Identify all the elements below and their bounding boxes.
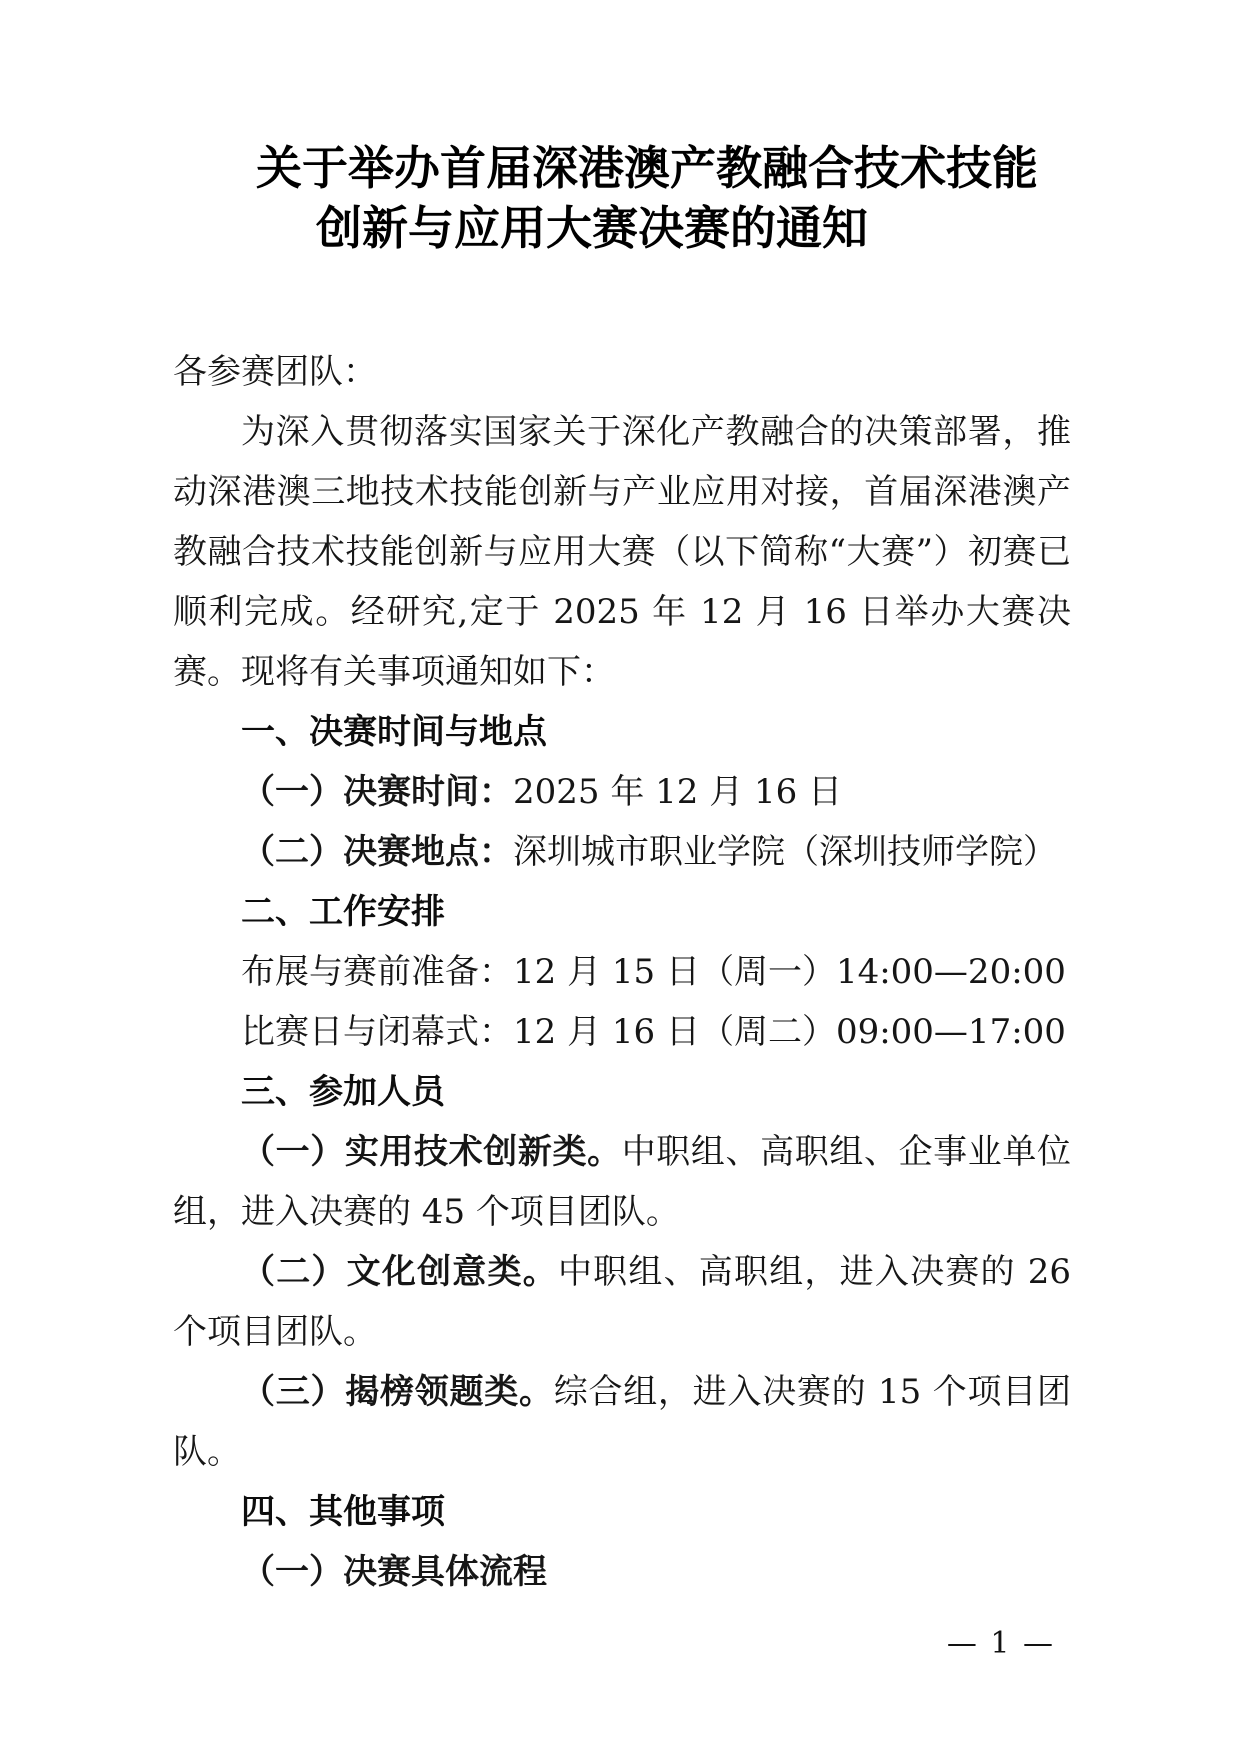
category-challenge-item: （三）揭榜领题类。综合组，进入决赛的 15 个项目团队。 <box>173 1362 1071 1482</box>
page-number: — 1 — <box>947 1626 1055 1662</box>
final-venue-label: （二）决赛地点： <box>241 832 513 872</box>
section-1-heading: 一、决赛时间与地点 <box>173 702 1071 762</box>
category-cultural-label: （二）文化创意类。 <box>241 1252 558 1292</box>
salutation: 各参赛团队： <box>173 342 1071 402</box>
final-flow-item: （一）决赛具体流程 <box>173 1542 1071 1602</box>
final-venue-item: （二）决赛地点：深圳城市职业学院（深圳技师学院） <box>173 822 1071 882</box>
category-practical-item: （一）实用技术创新类。中职组、高职组、企事业单位组，进入决赛的 45 个项目团队… <box>173 1122 1071 1242</box>
category-challenge-label: （三）揭榜领题类。 <box>241 1372 554 1412</box>
competition-day-line: 比赛日与闭幕式：12 月 16 日（周二）09:00—17:00 <box>173 1002 1071 1062</box>
section-2-heading: 二、工作安排 <box>173 882 1071 942</box>
section-3-heading: 三、参加人员 <box>173 1062 1071 1122</box>
final-time-value: 2025 年 12 月 16 日 <box>513 772 842 812</box>
final-time-label: （一）决赛时间： <box>241 772 513 812</box>
document-body: 各参赛团队： 为深入贯彻落实国家关于深化产教融合的决策部署，推动深港澳三地技术技… <box>173 342 1071 1602</box>
final-time-item: （一）决赛时间：2025 年 12 月 16 日 <box>173 762 1071 822</box>
title-line-2: 创新与应用大赛决赛的通知 <box>142 198 1042 258</box>
setup-schedule-line: 布展与赛前准备：12 月 15 日（周一）14:00—20:00 <box>173 942 1071 1002</box>
final-venue-value: 深圳城市职业学院（深圳技师学院） <box>513 832 1057 872</box>
document-page: 关于举办首届深港澳产教融合技术技能 创新与应用大赛决赛的通知 各参赛团队： 为深… <box>0 0 1241 1754</box>
document-title: 关于举办首届深港澳产教融合技术技能 创新与应用大赛决赛的通知 <box>142 138 1042 258</box>
title-line-1: 关于举办首届深港澳产教融合技术技能 <box>142 138 1042 198</box>
intro-paragraph: 为深入贯彻落实国家关于深化产教融合的决策部署，推动深港澳三地技术技能创新与产业应… <box>173 402 1071 702</box>
category-cultural-item: （二）文化创意类。中职组、高职组，进入决赛的 26 个项目团队。 <box>173 1242 1071 1362</box>
category-practical-label: （一）实用技术创新类。 <box>241 1132 622 1172</box>
section-4-heading: 四、其他事项 <box>173 1482 1071 1542</box>
